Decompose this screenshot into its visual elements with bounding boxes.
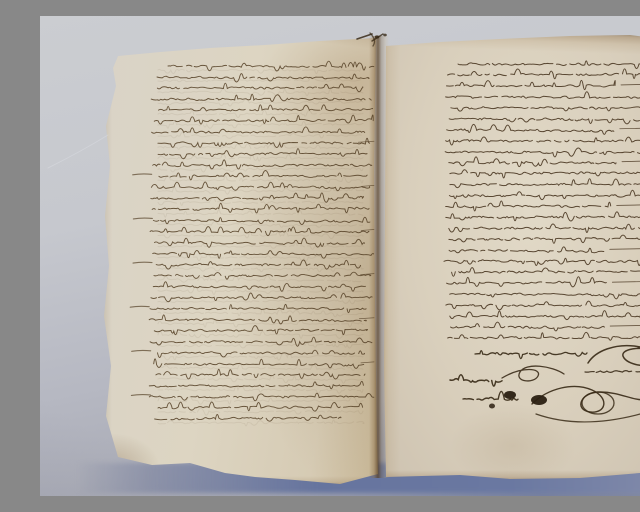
book-spine-gutter (369, 36, 389, 478)
left-page (100, 36, 380, 486)
background-scratch (48, 135, 108, 168)
right-page (378, 30, 640, 482)
manuscript-photo (40, 16, 640, 496)
